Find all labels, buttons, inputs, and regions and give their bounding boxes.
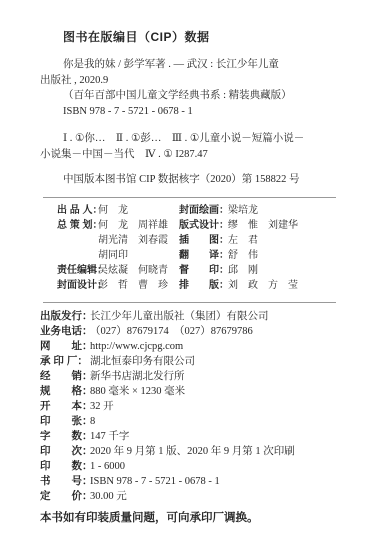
pub-value: 新华书店湖北发行所 xyxy=(90,371,185,382)
pub-value: 30.00 元 xyxy=(90,491,127,502)
pub-label: 印 次： xyxy=(40,444,90,459)
pub-label: 规 格： xyxy=(40,384,90,399)
credit-value: 胡光清 刘春霞 xyxy=(98,235,168,246)
pub-value: 长江少年儿童出版社（集团）有限公司 xyxy=(90,311,269,322)
pub-label: 定 价： xyxy=(40,489,90,504)
pub-row-print-run: 印 数：1 - 6000 xyxy=(40,459,338,474)
pub-row-website: 网 址：http://www.cjcpg.com xyxy=(40,339,338,354)
credit-label: 出 品 人： xyxy=(57,203,98,218)
credit-value: 舒 伟 xyxy=(228,250,258,261)
credit-label: 封面设计： xyxy=(57,278,98,293)
credit-label: 版式设计： xyxy=(179,218,228,233)
credit-row-illustration: 插 图：左 君 xyxy=(179,233,338,248)
pub-label: 出版发行： xyxy=(40,309,90,324)
credits-left-column: 出 品 人：何 龙 总 策 划：何 龙 周祥雄 胡光清 刘春霞 胡同印 责任编辑… xyxy=(40,203,179,293)
credit-value: 何 龙 周祥雄 xyxy=(98,220,168,231)
credit-value: 胡同印 xyxy=(98,250,128,261)
pub-row-sheets: 印 张：8 xyxy=(40,414,338,429)
credit-label: 总 策 划： xyxy=(57,218,98,233)
pub-label: 字 数： xyxy=(40,429,90,444)
credit-label: 封面绘画： xyxy=(179,203,228,218)
credit-row-chief-planner: 总 策 划：何 龙 周祥雄 xyxy=(57,218,179,233)
credit-label: 排 版： xyxy=(179,278,228,293)
pub-label: 印 张： xyxy=(40,414,90,429)
cip-classification-line-1: Ⅰ . ①你… Ⅱ . ①彭… Ⅲ . ①儿童小说－短篇小说－ xyxy=(63,131,338,147)
pub-label: 承 印 厂： xyxy=(40,354,90,369)
pub-row-format: 开 本：32 开 xyxy=(40,399,338,414)
cip-heading: 图书在版编目（CIP）数据 xyxy=(63,30,338,44)
credits-right-column: 封面绘画：梁培龙 版式设计：缪 惟 刘建华 插 图：左 君 翻 译：舒 伟 督 … xyxy=(179,203,338,293)
pub-row-word-count: 字 数：147 千字 xyxy=(40,429,338,444)
pub-value: 32 开 xyxy=(90,401,114,412)
publication-info-section: 出版发行：长江少年儿童出版社（集团）有限公司 业务电话：（027）8767917… xyxy=(40,309,338,504)
credit-row-chief-planner-cont: 胡同印 xyxy=(57,248,179,263)
credit-value: 缪 惟 刘建华 xyxy=(228,220,298,231)
cip-record-number-line: 中国版本图书馆 CIP 数据核字（2020）第 158822 号 xyxy=(63,172,338,188)
cip-isbn-line: ISBN 978 - 7 - 5721 - 0678 - 1 xyxy=(63,104,338,120)
cip-bibliography-line-1: 你是我的妹 / 彭学军著 . — 武汉 : 长江少年儿童 xyxy=(63,57,338,73)
divider-top xyxy=(43,197,336,198)
credit-row-print-supervision: 督 印：邱 刚 xyxy=(179,263,338,278)
pub-label: 网 址： xyxy=(40,339,90,354)
cip-classification-line-2: 小说集－中国－当代 Ⅳ . ① I287.47 xyxy=(40,147,338,163)
credit-value: 左 君 xyxy=(228,235,258,246)
credit-value: 吴炫凝 何晓青 xyxy=(98,265,168,276)
pub-value: 2020 年 9 月第 1 版、2020 年 9 月第 1 次印刷 xyxy=(90,446,295,457)
pub-row-distributor: 经 销：新华书店湖北发行所 xyxy=(40,369,338,384)
pub-value: 湖北恒泰印务有限公司 xyxy=(90,356,195,367)
credit-value: 刘 政 方 莹 xyxy=(228,280,298,291)
credit-row-cover-painting: 封面绘画：梁培龙 xyxy=(179,203,338,218)
credit-row-cover-design: 封面设计：彭 哲 曹 珍 xyxy=(57,278,179,293)
pub-row-printer: 承 印 厂：湖北恒泰印务有限公司 xyxy=(40,354,338,369)
credit-label: 督 印： xyxy=(179,263,228,278)
credit-value: 何 龙 xyxy=(98,205,128,216)
credit-row-typesetting: 排 版：刘 政 方 莹 xyxy=(179,278,338,293)
pub-value: ISBN 978 - 7 - 5721 - 0678 - 1 xyxy=(90,476,220,487)
pub-value: http://www.cjcpg.com xyxy=(90,341,183,352)
credit-row-chief-planner-cont: 胡光清 刘春霞 xyxy=(57,233,179,248)
credit-label: 翻 译： xyxy=(179,248,228,263)
divider-bottom xyxy=(43,302,336,303)
credit-value: 梁培龙 xyxy=(228,205,258,216)
cip-series-line: （百年百部中国儿童文学经典书系 : 精装典藏版） xyxy=(63,88,338,104)
cip-bibliography-line-2: 出版社 , 2020.9 xyxy=(40,73,338,89)
pub-label: 业务电话： xyxy=(40,324,90,339)
pub-row-isbn: 书 号：ISBN 978 - 7 - 5721 - 0678 - 1 xyxy=(40,474,338,489)
credit-row-responsible-editor: 责任编辑：吴炫凝 何晓青 xyxy=(57,263,179,278)
credit-value: 邱 刚 xyxy=(228,265,258,276)
pub-label: 书 号： xyxy=(40,474,90,489)
pub-value: （027）87679174 （027）87679786 xyxy=(90,326,253,337)
credit-label: 插 图： xyxy=(179,233,228,248)
pub-label: 经 销： xyxy=(40,369,90,384)
pub-row-phone: 业务电话：（027）87679174 （027）87679786 xyxy=(40,324,338,339)
credit-value: 彭 哲 曹 珍 xyxy=(98,280,168,291)
cip-section: 图书在版编目（CIP）数据 你是我的妹 / 彭学军著 . — 武汉 : 长江少年… xyxy=(40,30,338,188)
pub-value: 8 xyxy=(90,416,95,427)
copyright-page: 图书在版编目（CIP）数据 你是我的妹 / 彭学军著 . — 武汉 : 长江少年… xyxy=(0,0,375,543)
pub-row-price: 定 价：30.00 元 xyxy=(40,489,338,504)
pub-value: 880 毫米 × 1230 毫米 xyxy=(90,386,185,397)
credit-row-producer: 出 品 人：何 龙 xyxy=(57,203,179,218)
credit-label: 责任编辑： xyxy=(57,263,98,278)
credits-section: 出 品 人：何 龙 总 策 划：何 龙 周祥雄 胡光清 刘春霞 胡同印 责任编辑… xyxy=(40,203,338,293)
pub-row-edition: 印 次：2020 年 9 月第 1 版、2020 年 9 月第 1 次印刷 xyxy=(40,444,338,459)
pub-row-publisher: 出版发行：长江少年儿童出版社（集团）有限公司 xyxy=(40,309,338,324)
quality-notice: 本书如有印装质量问题，可向承印厂调换。 xyxy=(40,511,338,526)
pub-label: 开 本： xyxy=(40,399,90,414)
pub-label: 印 数： xyxy=(40,459,90,474)
credit-row-translation: 翻 译：舒 伟 xyxy=(179,248,338,263)
credit-row-layout-design: 版式设计：缪 惟 刘建华 xyxy=(179,218,338,233)
pub-value: 1 - 6000 xyxy=(90,461,125,472)
pub-row-size: 规 格：880 毫米 × 1230 毫米 xyxy=(40,384,338,399)
pub-value: 147 千字 xyxy=(90,431,129,442)
